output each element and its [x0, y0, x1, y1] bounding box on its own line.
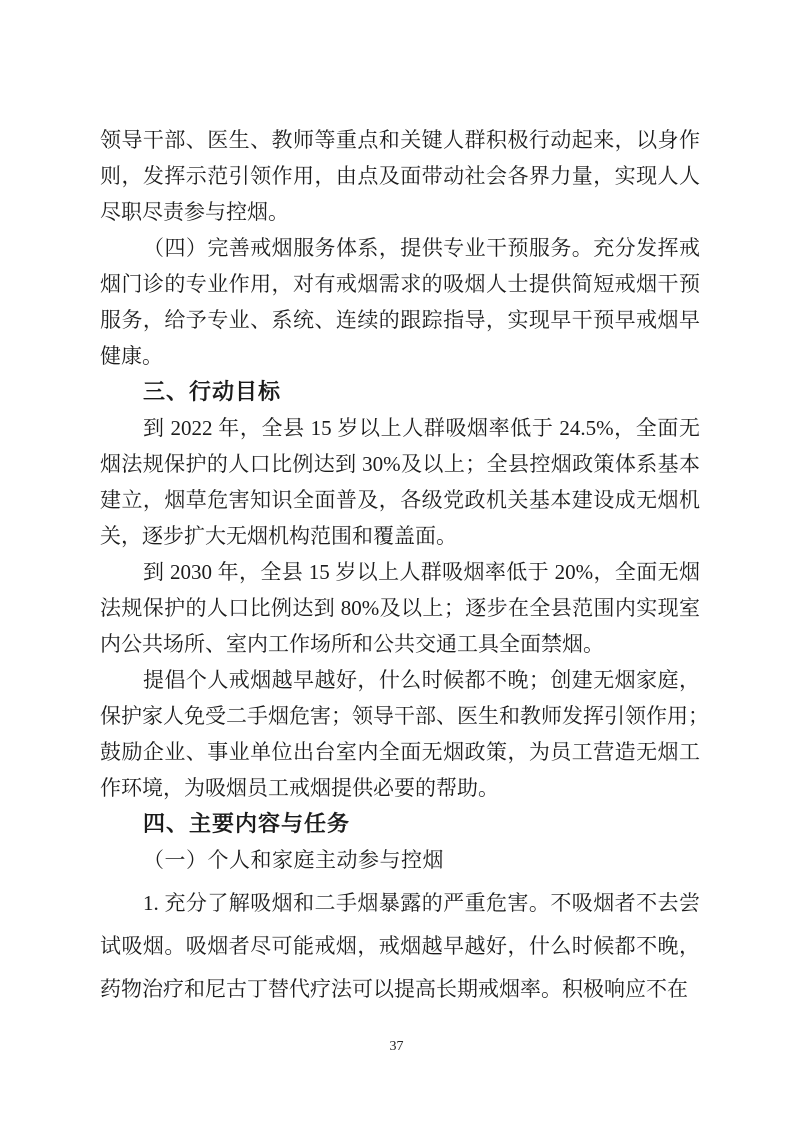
text-line: 药物治疗和尼古丁替代疗法可以提高长期戒烟率。积极响应不在 — [100, 968, 700, 1011]
text-line: 作环境，为吸烟员工戒烟提供必要的帮助。 — [100, 770, 700, 806]
text-line: 建立，烟草危害知识全面普及，各级党政机关基本建设成无烟机 — [100, 482, 700, 518]
text-line: 试吸烟。吸烟者尽可能戒烟，戒烟越早越好，什么时候都不晚， — [100, 925, 700, 968]
section-heading: 四、主要内容与任务 — [100, 806, 700, 842]
document-page: 领导干部、医生、教师等重点和关键人群积极行动起来，以身作则，发挥示范引领作用，由… — [0, 0, 793, 1122]
text-line: 烟法规保护的人口比例达到 30%及以上；全县控烟政策体系基本 — [100, 446, 700, 482]
text-line: 法规保护的人口比例达到 80%及以上；逐步在全县范围内实现室 — [100, 590, 700, 626]
text-line: 到 2022 年，全县 15 岁以上人群吸烟率低于 24.5%，全面无 — [100, 410, 700, 446]
text-line: 鼓励企业、事业单位出台室内全面无烟政策，为员工营造无烟工 — [100, 734, 700, 770]
text-line: 服务，给予专业、系统、连续的跟踪指导，实现早干预早戒烟早 — [100, 302, 700, 338]
text-line: （四）完善戒烟服务体系，提供专业干预服务。充分发挥戒 — [100, 230, 700, 266]
text-line: 提倡个人戒烟越早越好，什么时候都不晚；创建无烟家庭， — [100, 662, 700, 698]
text-line: 到 2030 年，全县 15 岁以上人群吸烟率低于 20%，全面无烟 — [100, 554, 700, 590]
text-line: 则，发挥示范引领作用，由点及面带动社会各界力量，实现人人 — [100, 158, 700, 194]
text-line: 关，逐步扩大无烟机构范围和覆盖面。 — [100, 518, 700, 554]
text-line: 内公共场所、室内工作场所和公共交通工具全面禁烟。 — [100, 626, 700, 662]
page-number: 37 — [0, 1038, 793, 1056]
text-block: 领导干部、医生、教师等重点和关键人群积极行动起来，以身作则，发挥示范引领作用，由… — [100, 122, 700, 1011]
subsection-heading: （一）个人和家庭主动参与控烟 — [100, 842, 700, 878]
text-line: 尽职尽责参与控烟。 — [100, 194, 700, 230]
text-line: 保护家人免受二手烟危害；领导干部、医生和教师发挥引领作用； — [100, 698, 700, 734]
section-heading: 三、行动目标 — [100, 374, 700, 410]
text-line: 健康。 — [100, 338, 700, 374]
text-line: 1. 充分了解吸烟和二手烟暴露的严重危害。不吸烟者不去尝 — [100, 882, 700, 925]
text-line: 烟门诊的专业作用，对有戒烟需求的吸烟人士提供简短戒烟干预 — [100, 266, 700, 302]
text-line: 领导干部、医生、教师等重点和关键人群积极行动起来，以身作 — [100, 122, 700, 158]
